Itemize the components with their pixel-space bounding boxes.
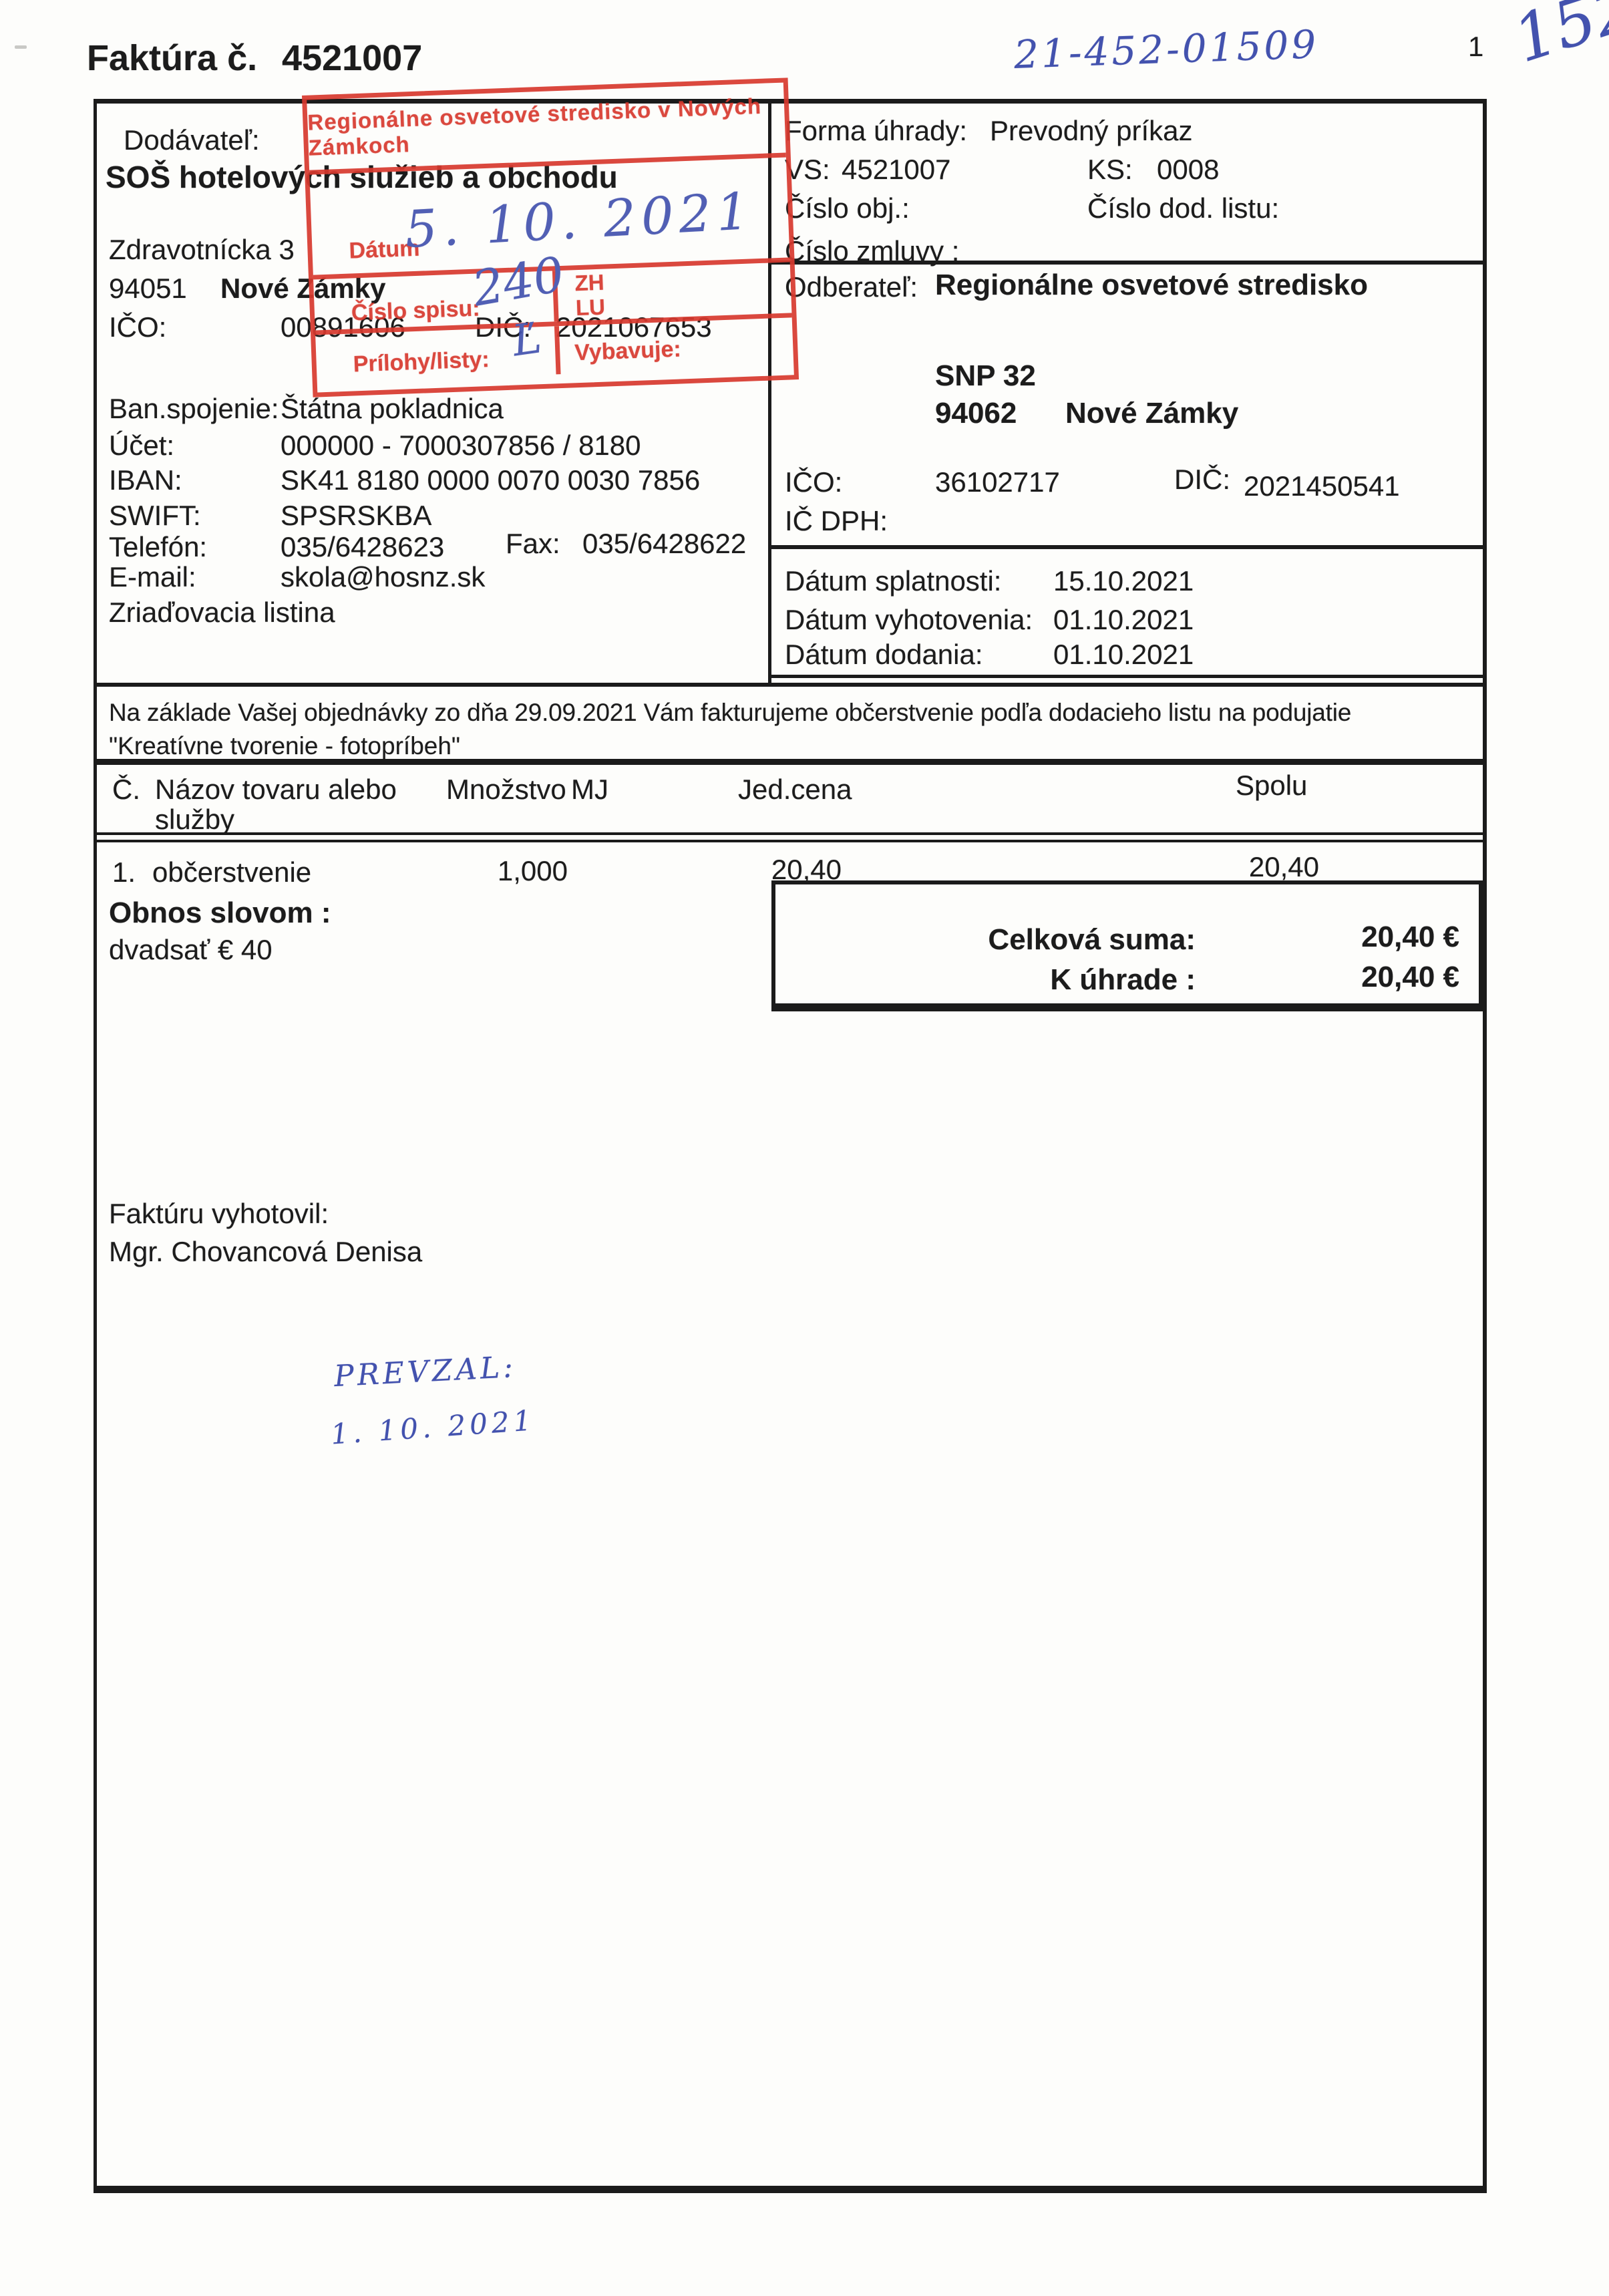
- col-unit-price: Jed.cena: [738, 774, 852, 806]
- customer-ic-dph-label: IČ DPH:: [785, 505, 888, 537]
- rubber-stamp: Regionálne osvetové stredisko v Nových Z…: [302, 77, 799, 397]
- payment-form-label: Forma úhrady:: [785, 115, 967, 147]
- stamp-code-cell: ZH LU: [557, 262, 792, 321]
- supplier-founding-doc: Zriaďovacia listina: [109, 597, 335, 629]
- supplier-account-label: Účet:: [109, 430, 174, 462]
- table-header-rule-2: [94, 840, 1487, 842]
- supplier-swift-label: SWIFT:: [109, 500, 201, 532]
- amount-words-label: Obnos slovom :: [109, 896, 331, 930]
- customer-dic-label: DIČ:: [1174, 464, 1230, 496]
- invoice-title-label: Faktúra č.: [87, 37, 257, 79]
- date-due: 15.10.2021: [1053, 565, 1194, 597]
- table-header-rule-1: [94, 832, 1487, 835]
- stamp-handled-label: Vybavuje:: [574, 336, 682, 365]
- supplier-fax: 035/6428622: [582, 528, 746, 560]
- customer-label: Odberateľ:: [785, 271, 918, 303]
- col-total: Spolu: [1236, 770, 1307, 802]
- due-value: 20,40 €: [1202, 961, 1459, 994]
- stamp-file-label: Číslo spisu:: [351, 295, 480, 326]
- supplier-iban: SK41 8180 0000 0070 0030 7856: [281, 464, 700, 496]
- handwritten-reference: 21-452-01509: [1013, 21, 1319, 77]
- supplier-swift: SPSRSKBA: [281, 500, 431, 532]
- border-right: [1483, 99, 1487, 2193]
- divider-intro-top: [94, 683, 1487, 687]
- customer-zip: 94062: [935, 397, 1017, 430]
- customer-street: SNP 32: [935, 359, 1036, 393]
- row-total: 20,40: [1135, 851, 1319, 883]
- col-no: Č.: [112, 774, 140, 806]
- invoice-scan-page: Faktúra č. 4521007 21-452-01509 1 152 Do…: [0, 0, 1609, 2296]
- row-qty: 1,000: [401, 855, 568, 887]
- supplier-bank-label: Ban.spojenie:: [109, 393, 279, 425]
- payment-vs: 4521007: [842, 154, 951, 186]
- date-due-label: Dátum splatnosti:: [785, 565, 1001, 597]
- date-issue: 01.10.2021: [1053, 604, 1194, 636]
- date-delivery: 01.10.2021: [1053, 639, 1194, 671]
- handwritten-corner-number: 152: [1505, 0, 1609, 77]
- border-left: [94, 99, 97, 2193]
- due-label: K úhrade :: [795, 963, 1196, 997]
- customer-ico: 36102717: [935, 466, 1060, 498]
- row-no: 1.: [112, 856, 136, 888]
- intro-line2: "Kreatívne tvorenie - fotopríbeh": [109, 732, 460, 760]
- stamp-handled-cell: Vybavuje: Ľ: [559, 317, 793, 374]
- supplier-email-label: E-mail:: [109, 561, 196, 593]
- payment-ks: 0008: [1157, 154, 1219, 186]
- supplier-phone-label: Telefón:: [109, 531, 207, 563]
- payment-contract-no-label: Číslo zmluvy :: [785, 235, 959, 267]
- payment-ks-label: KS:: [1087, 154, 1133, 186]
- customer-city: Nové Zámky: [1065, 397, 1238, 430]
- stamp-handwritten-date: 5. 10. 2021: [403, 181, 755, 259]
- supplier-bank: Štátna pokladnica: [281, 393, 504, 425]
- date-issue-label: Dátum vyhotovenia:: [785, 604, 1033, 636]
- col-unit: MJ: [571, 774, 608, 806]
- handwritten-received-date: 1. 10. 2021: [330, 1404, 536, 1450]
- issued-by-label: Faktúru vyhotovil:: [109, 1198, 329, 1230]
- divider-customer-dates: [768, 545, 1483, 549]
- supplier-label: Dodávateľ:: [124, 124, 260, 156]
- customer-dic: 2021450541: [1244, 470, 1400, 502]
- amount-words: dvadsať € 40: [109, 934, 273, 966]
- row-name: občerstvenie: [152, 856, 311, 888]
- supplier-email: skola@hosnz.sk: [281, 561, 485, 593]
- col-name-line1: Názov tovaru alebo: [155, 774, 397, 806]
- intro-line1: Na základe Vašej objednávky zo dňa 29.09…: [109, 699, 1351, 727]
- border-bottom: [94, 2186, 1487, 2193]
- total-label: Celková suma:: [795, 923, 1196, 957]
- stamp-title: Regionálne osvetové stredisko v Nových Z…: [307, 92, 785, 160]
- customer-name: Regionálne osvetové stredisko: [935, 269, 1368, 302]
- total-value: 20,40 €: [1202, 921, 1459, 954]
- payment-delivery-note-label: Číslo dod. listu:: [1087, 192, 1279, 224]
- supplier-account: 000000 - 7000307856 / 8180: [281, 430, 641, 462]
- supplier-phone: 035/6428623: [281, 531, 444, 563]
- stamp-attachments-label: Prílohy/listy:: [353, 347, 490, 377]
- supplier-street: Zdravotnícka 3: [109, 234, 295, 266]
- invoice-number: 4521007: [282, 37, 422, 79]
- scan-artifact: [15, 45, 27, 49]
- supplier-fax-label: Fax:: [506, 528, 560, 560]
- issued-by: Mgr. Chovancová Denisa: [109, 1236, 422, 1268]
- supplier-iban-label: IBAN:: [109, 464, 182, 496]
- payment-order-no-label: Číslo obj.:: [785, 192, 910, 224]
- page-number: 1: [1468, 31, 1483, 63]
- col-qty: Množstvo: [446, 774, 566, 806]
- divider-dates-bottom: [768, 675, 1483, 678]
- col-name-line2: služby: [155, 804, 234, 836]
- supplier-ico-label: IČO:: [109, 311, 166, 343]
- supplier-zip: 94051: [109, 273, 187, 305]
- payment-form: Prevodný príkaz: [990, 115, 1192, 147]
- customer-ico-label: IČO:: [785, 466, 842, 498]
- date-delivery-label: Dátum dodania:: [785, 639, 983, 671]
- handwritten-received-label: PREVZAL:: [333, 1350, 517, 1393]
